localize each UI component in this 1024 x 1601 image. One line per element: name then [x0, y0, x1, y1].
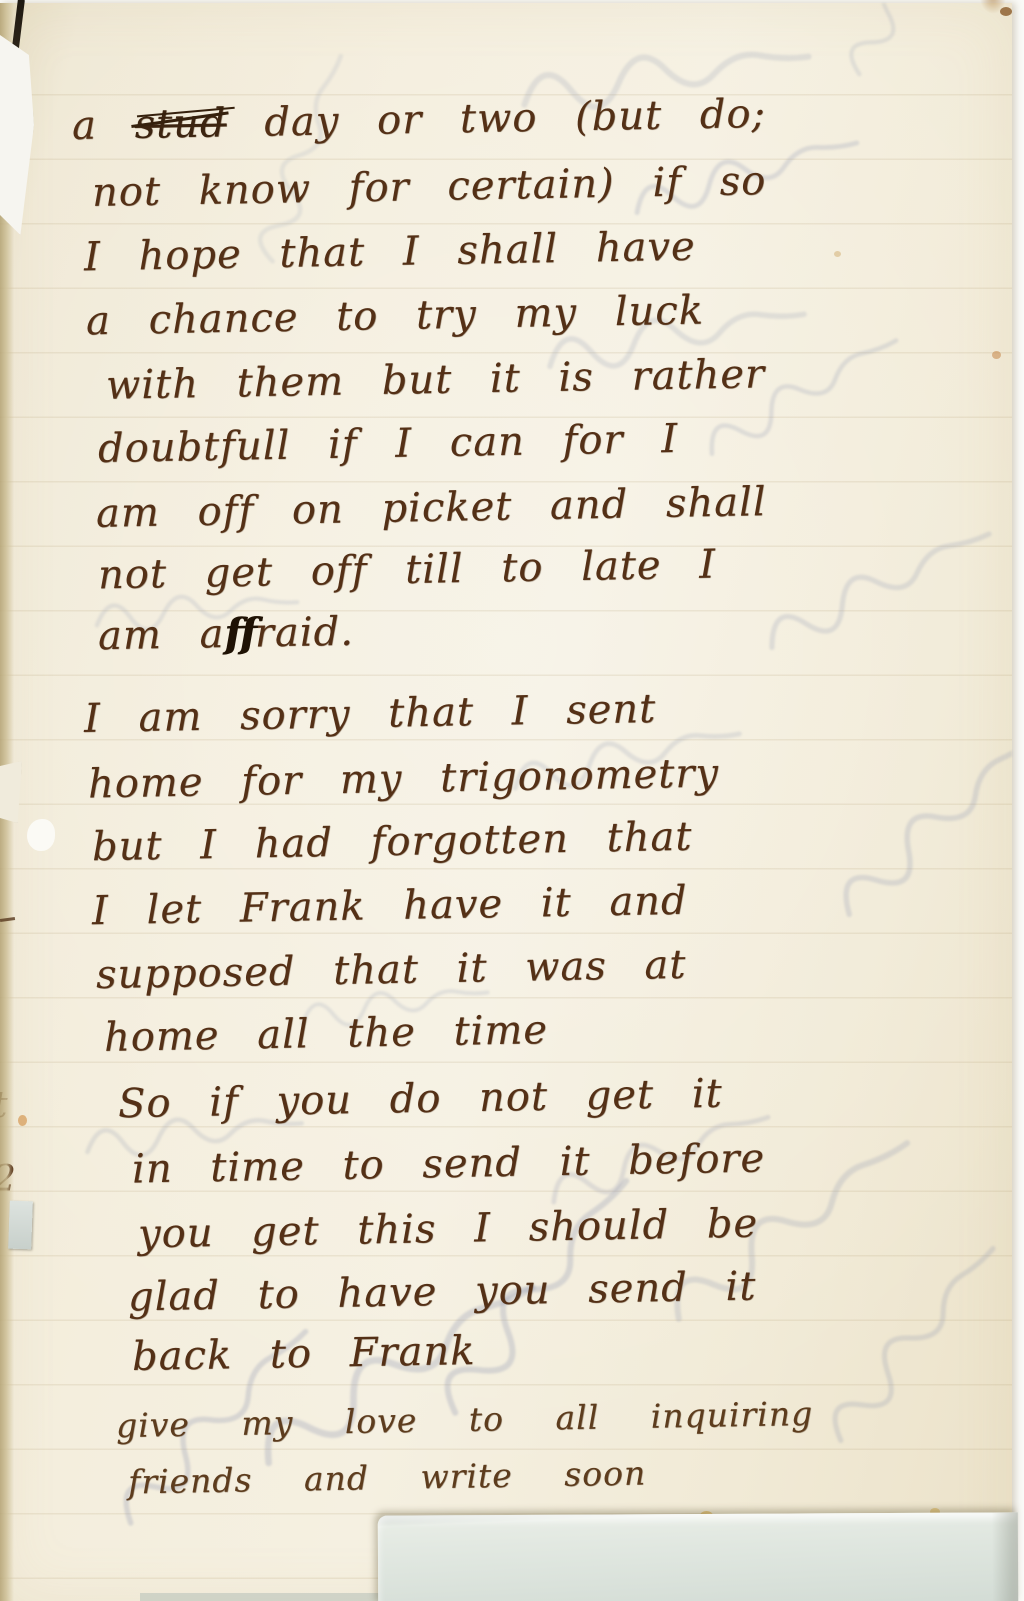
- letter-line: glad to have you send it: [128, 1266, 757, 1319]
- letter-line: with them but it is rather: [106, 353, 766, 406]
- letter-line: not get off till to late I: [98, 544, 717, 597]
- foxing-spot: [18, 1115, 27, 1126]
- letter-line: doubtfull if I can for I: [98, 418, 679, 470]
- letter-line: not know for certain) if so: [92, 160, 767, 214]
- letter-text: home all the time: [104, 1007, 549, 1061]
- letter-paper: a stud day or two (but do;not know for c…: [0, 3, 1012, 1601]
- letter-line: I hope that I shall have: [84, 226, 696, 279]
- letter-text: am a: [98, 611, 225, 659]
- envelope-fold-shadow: [992, 1512, 1018, 1601]
- paper-hole: [27, 819, 55, 851]
- letter-line: am affraid.: [98, 611, 355, 657]
- letter-line: So if you do not get it: [118, 1073, 723, 1126]
- ink-correction: ff: [224, 610, 255, 658]
- letter-line: but I had forgotten that: [92, 816, 693, 868]
- overlapping-envelope: [378, 1512, 1018, 1601]
- letter-line: a chance to try my luck: [86, 290, 705, 343]
- strikethrough-word: stud: [134, 100, 227, 148]
- letter-line: in time to send it before: [132, 1137, 766, 1190]
- page-corner-stain: [822, 0, 1012, 93]
- foxing-spot: [992, 351, 1001, 359]
- letter-text: raid.: [254, 609, 354, 657]
- letter-line: friends and write soon: [128, 1456, 647, 1500]
- letter-line: home all the time: [104, 1009, 549, 1059]
- letter-text: back to Frank: [132, 1328, 476, 1380]
- scanned-letter-page: a stud day or two (but do;not know for c…: [0, 0, 1024, 1601]
- letter-text: a: [72, 102, 135, 149]
- tape-fragment: [8, 1201, 33, 1250]
- letter-line: back to Frank: [132, 1330, 476, 1378]
- letter-line: you get this I should be: [138, 1203, 759, 1256]
- letter-line: I am sorry that I sent: [84, 688, 657, 740]
- letter-line: home for my trigonometry: [88, 752, 720, 805]
- letter-line: am off on picket and shall: [96, 481, 767, 535]
- letter-text: day or two (but do;: [226, 91, 766, 146]
- letter-line: I let Frank have it and: [92, 880, 688, 932]
- envelope-edge-sliver: [140, 1593, 400, 1601]
- letter-line: supposed that it was at: [96, 944, 687, 996]
- foxing-spot: [834, 251, 841, 257]
- foxing-spot: [1000, 7, 1012, 16]
